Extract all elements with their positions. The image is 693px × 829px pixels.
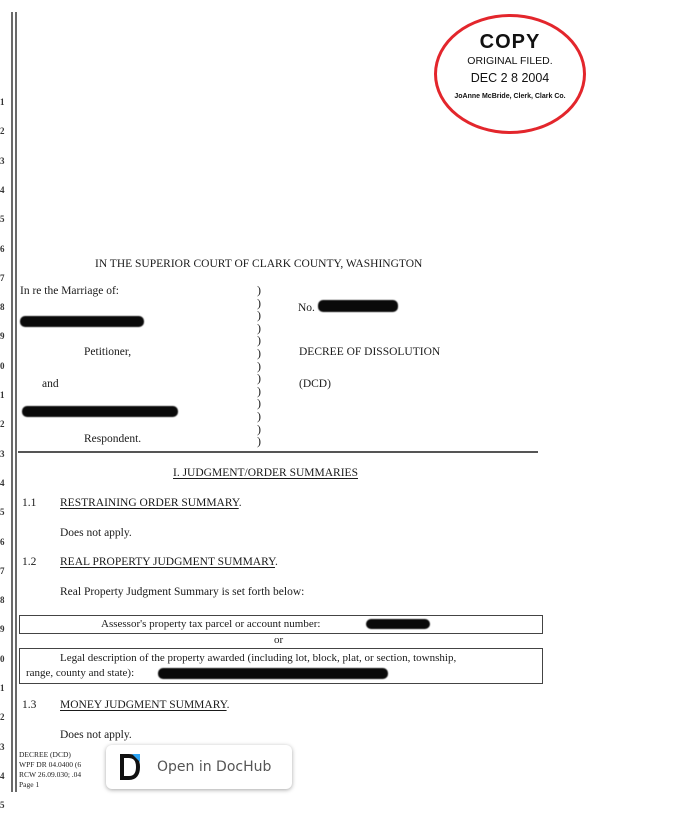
- section-body: Does not apply.: [60, 527, 132, 539]
- and-label: and: [42, 378, 59, 390]
- line-number: 1: [0, 683, 8, 693]
- or-label: or: [274, 634, 283, 646]
- caption-divider: [18, 451, 538, 453]
- line-number: 2: [0, 712, 8, 722]
- court-title: IN THE SUPERIOR COURT OF CLARK COUNTY, W…: [95, 258, 422, 270]
- line-number: 9: [0, 624, 8, 634]
- open-in-dochub-button[interactable]: Open in DocHub: [106, 745, 292, 789]
- section-body: Real Property Judgment Summary is set fo…: [60, 586, 304, 598]
- line-number: 1: [0, 97, 8, 107]
- stamp-original-filed: ORIGINAL FILED.: [437, 55, 583, 67]
- line-number: 0: [0, 654, 8, 664]
- line-number: 3: [0, 449, 8, 459]
- caption-paren: ): [257, 434, 261, 449]
- section-title: REAL PROPERTY JUDGMENT SUMMARY: [60, 556, 275, 568]
- line-number: 6: [0, 244, 8, 254]
- redacted-parcel-number: [366, 619, 430, 629]
- left-margin-rule: [15, 12, 17, 792]
- dochub-logo-icon: [120, 754, 140, 780]
- respondent-label: Respondent.: [84, 433, 141, 445]
- line-number: 3: [0, 156, 8, 166]
- footer-line: WPF DR 04.0400 (6: [19, 760, 81, 770]
- redacted-petitioner-name: [20, 316, 144, 327]
- line-number: 2: [0, 419, 8, 429]
- footer-line: Page 1: [19, 780, 81, 790]
- line-number: 6: [0, 537, 8, 547]
- line-number: 4: [0, 185, 8, 195]
- stamp-date: DEC 2 8 2004: [437, 71, 583, 85]
- line-number: 7: [0, 566, 8, 576]
- legal-description-line2: range, county and state):: [26, 667, 134, 679]
- open-in-dochub-label: Open in DocHub: [157, 759, 271, 775]
- left-margin-rule: [11, 12, 13, 792]
- line-number: 5: [0, 214, 8, 224]
- copy-stamp: COPY ORIGINAL FILED. DEC 2 8 2004 JoAnne…: [434, 14, 586, 134]
- section-heading: I. JUDGMENT/ORDER SUMMARIES: [173, 467, 358, 479]
- section-number: 1.3: [22, 699, 36, 711]
- section-number: 1.2: [22, 556, 36, 568]
- redacted-legal-description: [158, 668, 388, 679]
- line-number: 3: [0, 742, 8, 752]
- document-footer: DECREE (DCD) WPF DR 04.0400 (6 RCW 26.09…: [19, 750, 81, 790]
- line-number: 8: [0, 302, 8, 312]
- line-number: 9: [0, 331, 8, 341]
- footer-line: DECREE (DCD): [19, 750, 81, 760]
- line-number: 4: [0, 478, 8, 488]
- parcel-number-box: Assessor's property tax parcel or accoun…: [19, 615, 543, 634]
- in-re-label: In re the Marriage of:: [20, 285, 119, 297]
- section-body: Does not apply.: [60, 729, 132, 741]
- line-number: 5: [0, 507, 8, 517]
- document-code: (DCD): [299, 378, 331, 390]
- redacted-respondent-name: [22, 406, 178, 417]
- line-number: 4: [0, 771, 8, 781]
- legal-description-line1: Legal description of the property awarde…: [60, 652, 456, 664]
- line-number: 7: [0, 273, 8, 283]
- line-number: 0: [0, 361, 8, 371]
- document-title: DECREE OF DISSOLUTION: [299, 346, 440, 358]
- section-number: 1.1: [22, 497, 36, 509]
- stamp-title: COPY: [437, 31, 583, 54]
- line-number: 5: [0, 800, 8, 810]
- line-number: 8: [0, 595, 8, 605]
- section-title: MONEY JUDGMENT SUMMARY: [60, 699, 227, 711]
- section-title: RESTRAINING ORDER SUMMARY: [60, 497, 239, 509]
- line-number: 2: [0, 126, 8, 136]
- petitioner-label: Petitioner,: [84, 346, 131, 358]
- stamp-clerk: JoAnne McBride, Clerk, Clark Co.: [437, 93, 583, 100]
- legal-description-box: Legal description of the property awarde…: [19, 648, 543, 684]
- footer-line: RCW 26.09.030; .04: [19, 770, 81, 780]
- redacted-case-number: [318, 300, 398, 312]
- parcel-label: Assessor's property tax parcel or accoun…: [101, 618, 320, 630]
- line-number: 1: [0, 390, 8, 400]
- document-page: 1234567890123456789012345 COPY ORIGINAL …: [0, 0, 693, 829]
- case-number-label: No.: [298, 302, 315, 314]
